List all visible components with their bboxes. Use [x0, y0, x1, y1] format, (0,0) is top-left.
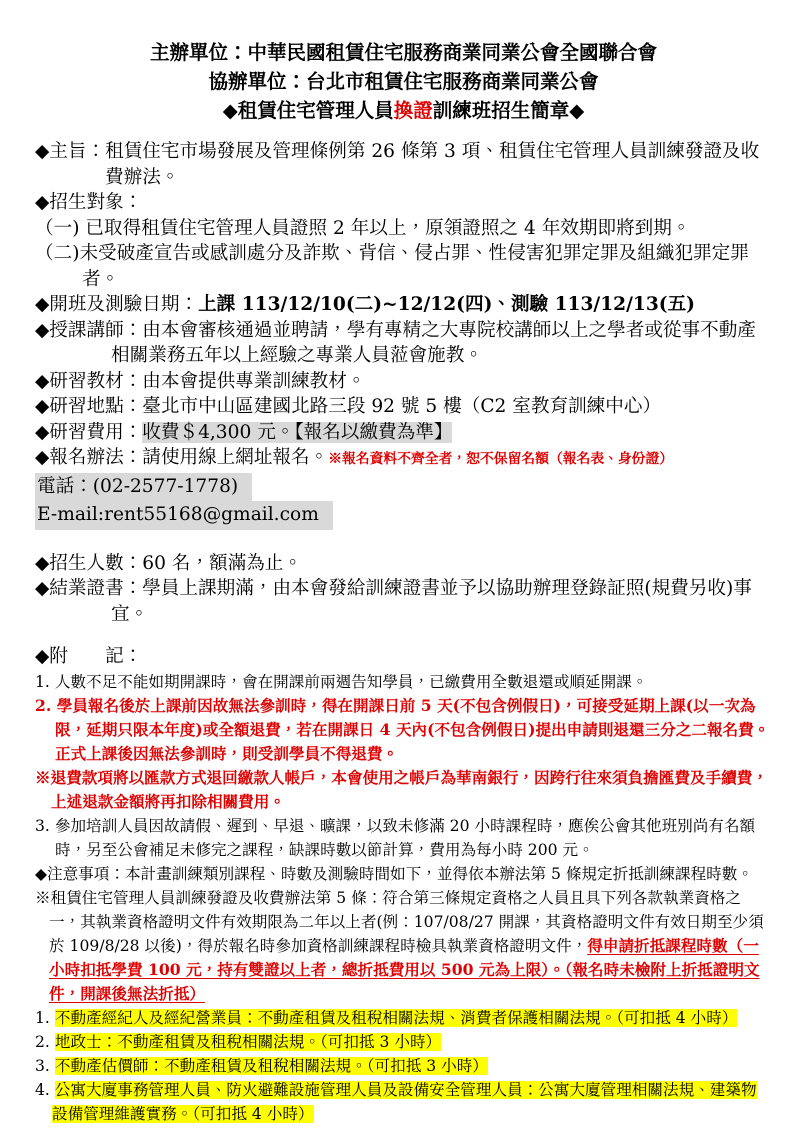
- fee-value: 收費＄4,300 元。【報名以繳費為準】: [142, 422, 452, 443]
- note-item-3-text: 參加培訓人員因故請假、遲到、早退、曠課，以致未修滿 20 小時課程時，應俟公會其…: [55, 817, 755, 859]
- certificate-text: 學員上課期滿，由本會發給訓練證書並予以協助辦理登錄証照(規費另收)事宜。: [111, 578, 752, 625]
- page-title: ◆租賃住宅管理人員換證訓練班招生簡章◆: [35, 96, 772, 125]
- purpose-label: ◆主旨：: [35, 141, 105, 162]
- purpose-text: 租賃住宅市場發展及管理條例第 26 條第 3 項、租賃住宅管理人員訓練發證及收費…: [105, 141, 759, 188]
- fee-paragraph: ◆研習費用：收費＄4,300 元。【報名以繳費為準】: [35, 420, 772, 446]
- fee-label: ◆研習費用：: [35, 422, 142, 443]
- location-text: 臺北市中山區建國北路三段 92 號 5 樓（C2 室教育訓練中心）: [142, 396, 661, 417]
- certificate-paragraph: ◆結業證書：學員上課期滿，由本會發給訓練證書並予以協助辦理登錄証照(規費另收)事…: [35, 576, 772, 627]
- schedule-value: 上課 113/12/10(二)~12/12(四)、測驗 113/12/13(五): [198, 294, 695, 315]
- note-item-2-number: 2.: [35, 696, 51, 715]
- phone-line: 電話：(02-2577-1778): [35, 473, 772, 502]
- schedule-paragraph: ◆開班及測驗日期：上課 113/12/10(二)~12/12(四)、測驗 113…: [35, 292, 772, 318]
- audience-label: ◆招生對象：: [35, 190, 772, 216]
- capacity-text: 60 名，額滿為止。: [142, 553, 302, 574]
- deduction-item-1-number: 1.: [35, 1009, 50, 1027]
- page-title-prefix: ◆租賃住宅管理人員: [223, 99, 394, 122]
- audience-item-1: （一) 已取得租賃住宅管理人員證照 2 年以上，原領證照之 4 年效期即將到期。: [35, 216, 772, 242]
- note-item-1: 1. 人數不足不能如期開課時，會在開課前兩週告知學員，已繳費用全數退還或順延開課…: [35, 670, 772, 694]
- materials-text: 由本會提供專業訓練教材。: [142, 371, 365, 392]
- deduction-item-2: 2. 地政士：不動產租賃及租稅相關法規。（可扣抵 3 小時）: [35, 1030, 772, 1054]
- location-paragraph: ◆研習地點：臺北市中山區建國北路三段 92 號 5 樓（C2 室教育訓練中心）: [35, 394, 772, 420]
- note-item-2-text: 學員報名後於上課前因故無法參訓時，得在開課日前 5 天(不包含例假日)，可接受延…: [55, 696, 769, 763]
- note-item-2: 2. 學員報名後於上課前因故無法參訓時，得在開課日前 5 天(不包含例假日)，可…: [35, 694, 772, 766]
- main-section: ◆主旨：租賃住宅市場發展及管理條例第 26 條第 3 項、租賃住宅管理人員訓練發…: [35, 139, 772, 670]
- purpose-paragraph: ◆主旨：租賃住宅市場發展及管理條例第 26 條第 3 項、租賃住宅管理人員訓練發…: [35, 139, 772, 190]
- deduction-item-4: 4. 公寓大廈事務管理人員、防火避難設施管理人員及設備安全管理人員：公寓大廈管理…: [35, 1078, 772, 1126]
- registration-note: ※報名資料不齊全者，恕不保留名額（報名表、身份證）: [328, 451, 673, 467]
- deduction-item-4-text: 公寓大廈事務管理人員、防火避難設施管理人員及設備安全管理人員：公寓大廈管理相關法…: [52, 1081, 757, 1123]
- note-item-1-number: 1.: [35, 673, 50, 691]
- registration-paragraph: ◆報名辦法：請使用線上網址報名。※報名資料不齊全者，恕不保留名額（報名表、身份證…: [35, 445, 772, 473]
- audience-item-2: （二)未受破產宣告或感訓處分及詐欺、背信、侵占罪、性侵害犯罪定罪及組織犯罪定罪者…: [35, 241, 772, 292]
- document-page: 主辦單位：中華民國租賃住宅服務商業同業公會全國聯合會 協辦單位：台北市租賃住宅服…: [0, 0, 800, 1131]
- notes-section: 1. 人數不足不能如期開課時，會在開課前兩週告知學員，已繳費用全數退還或順延開課…: [35, 670, 772, 1126]
- deduction-item-3-number: 3.: [35, 1057, 50, 1075]
- schedule-label: ◆開班及測驗日期：: [35, 294, 198, 315]
- notes-heading: ◆附 記：: [35, 644, 772, 670]
- capacity-paragraph: ◆招生人數：60 名，額滿為止。: [35, 551, 772, 577]
- note-item-3: 3. 參加培訓人員因故請假、遲到、早退、曠課，以致未修滿 20 小時課程時，應俟…: [35, 814, 772, 862]
- rule-paragraph: ※租賃住宅管理人員訓練發證及收費辦法第 5 條：符合第三條規定資格之人員且具下列…: [35, 886, 772, 1006]
- page-title-suffix: 訓練班招生簡章◆: [433, 99, 585, 122]
- co-organizer-line: 協辦單位：台北市租賃住宅服務商業同業公會: [35, 67, 772, 96]
- page-title-emphasis: 換證: [394, 99, 433, 122]
- email-value: E-mail:rent55168@gmail.com: [35, 501, 333, 530]
- spacer: [35, 530, 772, 551]
- registration-label: ◆報名辦法：: [35, 447, 142, 468]
- deduction-item-3-text: 不動產估價師：不動產租賃及租稅相關法規。（可扣抵 3 小時）: [55, 1057, 488, 1075]
- note-item-3-number: 3.: [35, 817, 50, 835]
- deduction-item-4-number: 4.: [35, 1081, 50, 1099]
- instructor-paragraph: ◆授課講師：由本會審核通過並聘請，學有專精之大專院校講師以上之學者或從事不動產相…: [35, 318, 772, 369]
- refund-note: ※退費款項將以匯款方式退回繳款人帳戶，本會使用之帳戶為華南銀行，因跨行往來須負擔…: [35, 766, 772, 814]
- capacity-label: ◆招生人數：: [35, 553, 142, 574]
- attention-paragraph: ◆注意事項：本計畫訓練類別課程、時數及測驗時間如下，並得依本辦法第 5 條規定折…: [35, 862, 772, 886]
- organizer-line: 主辦單位：中華民國租賃住宅服務商業同業公會全國聯合會: [35, 38, 772, 67]
- document-header: 主辦單位：中華民國租賃住宅服務商業同業公會全國聯合會 協辦單位：台北市租賃住宅服…: [35, 38, 772, 125]
- materials-paragraph: ◆研習教材：由本會提供專業訓練教材。: [35, 369, 772, 395]
- deduction-item-2-number: 2.: [35, 1033, 50, 1051]
- registration-text: 請使用線上網址報名。: [142, 447, 328, 468]
- email-line: E-mail:rent55168@gmail.com: [35, 501, 772, 530]
- instructor-text: 由本會審核通過並聘請，學有專精之大專院校講師以上之學者或從事不動產相關業務五年以…: [111, 320, 756, 367]
- location-label: ◆研習地點：: [35, 396, 142, 417]
- deduction-item-1-text: 不動產經紀人及經紀營業員：不動產租賃及租稅相關法規、消費者保護相關法規。（可扣抵…: [55, 1009, 738, 1027]
- deduction-item-1: 1. 不動產經紀人及經紀營業員：不動產租賃及租稅相關法規、消費者保護相關法規。（…: [35, 1006, 772, 1030]
- deduction-item-2-text: 地政士：不動產租賃及租稅相關法規。（可扣抵 3 小時）: [55, 1033, 441, 1051]
- deduction-item-3: 3. 不動產估價師：不動產租賃及租稅相關法規。（可扣抵 3 小時）: [35, 1054, 772, 1078]
- materials-label: ◆研習教材：: [35, 371, 142, 392]
- certificate-label: ◆結業證書：: [35, 578, 142, 599]
- spacer: [35, 627, 772, 644]
- note-item-1-text: 人數不足不能如期開課時，會在開課前兩週告知學員，已繳費用全數退還或順延開課。: [55, 673, 648, 691]
- phone-value: 電話：(02-2577-1778): [35, 473, 252, 502]
- instructor-label: ◆授課講師：: [35, 320, 142, 341]
